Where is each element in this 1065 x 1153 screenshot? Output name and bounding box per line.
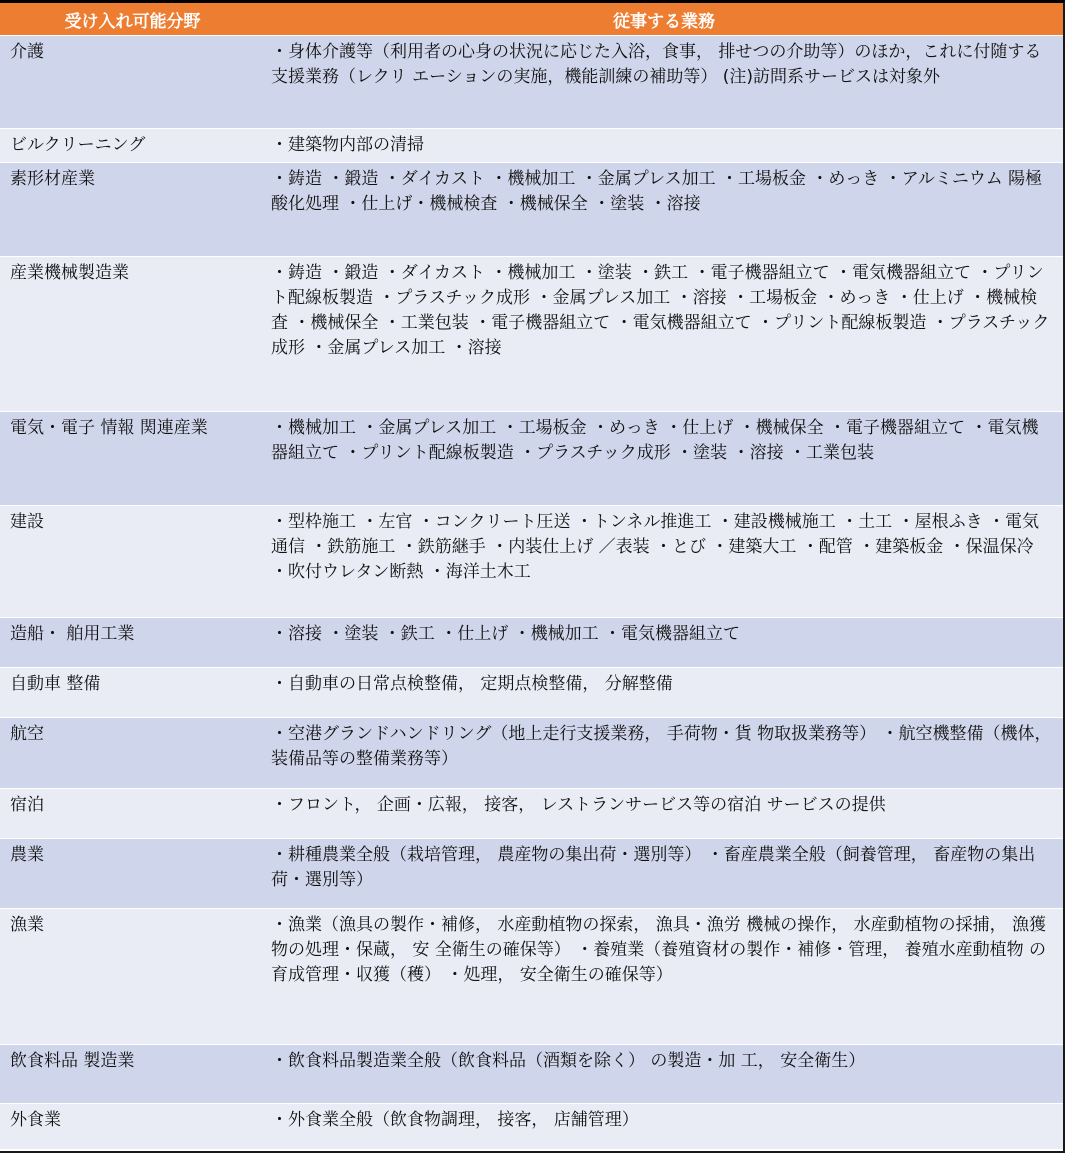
table-header-row: 受け入れ可能分野 従事する業務 xyxy=(0,3,1063,36)
table-row: 素形材産業・鋳造 ・鍛造 ・ダイカスト ・機械加工 ・金属プレス加工 ・工場板金… xyxy=(0,163,1063,257)
duties-cell: ・鋳造 ・鍛造 ・ダイカスト ・機械加工 ・塗装 ・鉄工 ・電子機器組立て ・電… xyxy=(265,257,1063,412)
table-row: 自動車 整備・自動車の日常点検整備， 定期点検整備， 分解整備 xyxy=(0,668,1063,718)
duties-cell: ・建築物内部の清掃 xyxy=(265,129,1063,163)
field-category-cell: 建設 xyxy=(0,506,265,618)
table-row: 宿泊・フロント， 企画・広報， 接客， レストランサービス等の宿泊 サービスの提… xyxy=(0,789,1063,839)
table-row: 外食業・外食業全般（飲食物調理， 接客， 店舗管理） xyxy=(0,1104,1063,1149)
duties-cell: ・耕種農業全般（栽培管理， 農産物の集出荷・選別等） ・畜産農業全般（飼養管理，… xyxy=(265,839,1063,909)
header-duties: 従事する業務 xyxy=(265,3,1063,36)
table-row: 造船・ 舶用工業・溶接 ・塗装 ・鉄工 ・仕上げ ・機械加工 ・電気機器組立て xyxy=(0,618,1063,668)
field-category-cell: 介護 xyxy=(0,36,265,129)
duties-cell: ・溶接 ・塗装 ・鉄工 ・仕上げ ・機械加工 ・電気機器組立て xyxy=(265,618,1063,668)
header-accepted-fields: 受け入れ可能分野 xyxy=(0,3,265,36)
duties-cell: ・鋳造 ・鍛造 ・ダイカスト ・機械加工 ・金属プレス加工 ・工場板金 ・めっき… xyxy=(265,163,1063,257)
duties-cell: ・フロント， 企画・広報， 接客， レストランサービス等の宿泊 サービスの提供 xyxy=(265,789,1063,839)
duties-cell: ・自動車の日常点検整備， 定期点検整備， 分解整備 xyxy=(265,668,1063,718)
field-category-cell: 航空 xyxy=(0,718,265,789)
duties-cell: ・機械加工 ・金属プレス加工 ・工場板金 ・めっき ・仕上げ ・機械保全 ・電子… xyxy=(265,412,1063,506)
table-row: 建設・型枠施工 ・左官 ・コンクリート圧送 ・トンネル推進工 ・建設機械施工 ・… xyxy=(0,506,1063,618)
field-category-cell: 造船・ 舶用工業 xyxy=(0,618,265,668)
field-category-cell: 産業機械製造業 xyxy=(0,257,265,412)
field-category-cell: 飲食料品 製造業 xyxy=(0,1045,265,1104)
duties-cell: ・飲食料品製造業全般（飲食料品（酒類を除く） の製造・加 工， 安全衛生） xyxy=(265,1045,1063,1104)
field-category-cell: 宿泊 xyxy=(0,789,265,839)
table-row: 電気・電子 情報 関連産業・機械加工 ・金属プレス加工 ・工場板金 ・めっき ・… xyxy=(0,412,1063,506)
field-category-cell: ビルクリーニング xyxy=(0,129,265,163)
occupations-table-container: 受け入れ可能分野 従事する業務 介護・身体介護等（利用者の心身の状況に応じた入浴… xyxy=(0,0,1065,1153)
table-row: 航空・空港グランドハンドリング（地上走行支援業務， 手荷物・貨 物取扱業務等） … xyxy=(0,718,1063,789)
table-row: 漁業・漁業（漁具の製作・補修， 水産動植物の探索， 漁具・漁労 機械の操作， 水… xyxy=(0,909,1063,1045)
table-row: ビルクリーニング・建築物内部の清掃 xyxy=(0,129,1063,163)
field-category-cell: 外食業 xyxy=(0,1104,265,1149)
field-category-cell: 漁業 xyxy=(0,909,265,1045)
table-row: 飲食料品 製造業・飲食料品製造業全般（飲食料品（酒類を除く） の製造・加 工， … xyxy=(0,1045,1063,1104)
field-category-cell: 農業 xyxy=(0,839,265,909)
field-category-cell: 電気・電子 情報 関連産業 xyxy=(0,412,265,506)
accepted-fields-table: 受け入れ可能分野 従事する業務 介護・身体介護等（利用者の心身の状況に応じた入浴… xyxy=(0,3,1063,1149)
table-row: 介護・身体介護等（利用者の心身の状況に応じた入浴，食事， 排せつの介助等）のほか… xyxy=(0,36,1063,129)
duties-cell: ・身体介護等（利用者の心身の状況に応じた入浴，食事， 排せつの介助等）のほか，こ… xyxy=(265,36,1063,129)
duties-cell: ・外食業全般（飲食物調理， 接客， 店舗管理） xyxy=(265,1104,1063,1149)
duties-cell: ・空港グランドハンドリング（地上走行支援業務， 手荷物・貨 物取扱業務等） ・航… xyxy=(265,718,1063,789)
field-category-cell: 自動車 整備 xyxy=(0,668,265,718)
duties-cell: ・漁業（漁具の製作・補修， 水産動植物の探索， 漁具・漁労 機械の操作， 水産動… xyxy=(265,909,1063,1045)
table-row: 農業・耕種農業全般（栽培管理， 農産物の集出荷・選別等） ・畜産農業全般（飼養管… xyxy=(0,839,1063,909)
field-category-cell: 素形材産業 xyxy=(0,163,265,257)
duties-cell: ・型枠施工 ・左官 ・コンクリート圧送 ・トンネル推進工 ・建設機械施工 ・土工… xyxy=(265,506,1063,618)
table-row: 産業機械製造業・鋳造 ・鍛造 ・ダイカスト ・機械加工 ・塗装 ・鉄工 ・電子機… xyxy=(0,257,1063,412)
